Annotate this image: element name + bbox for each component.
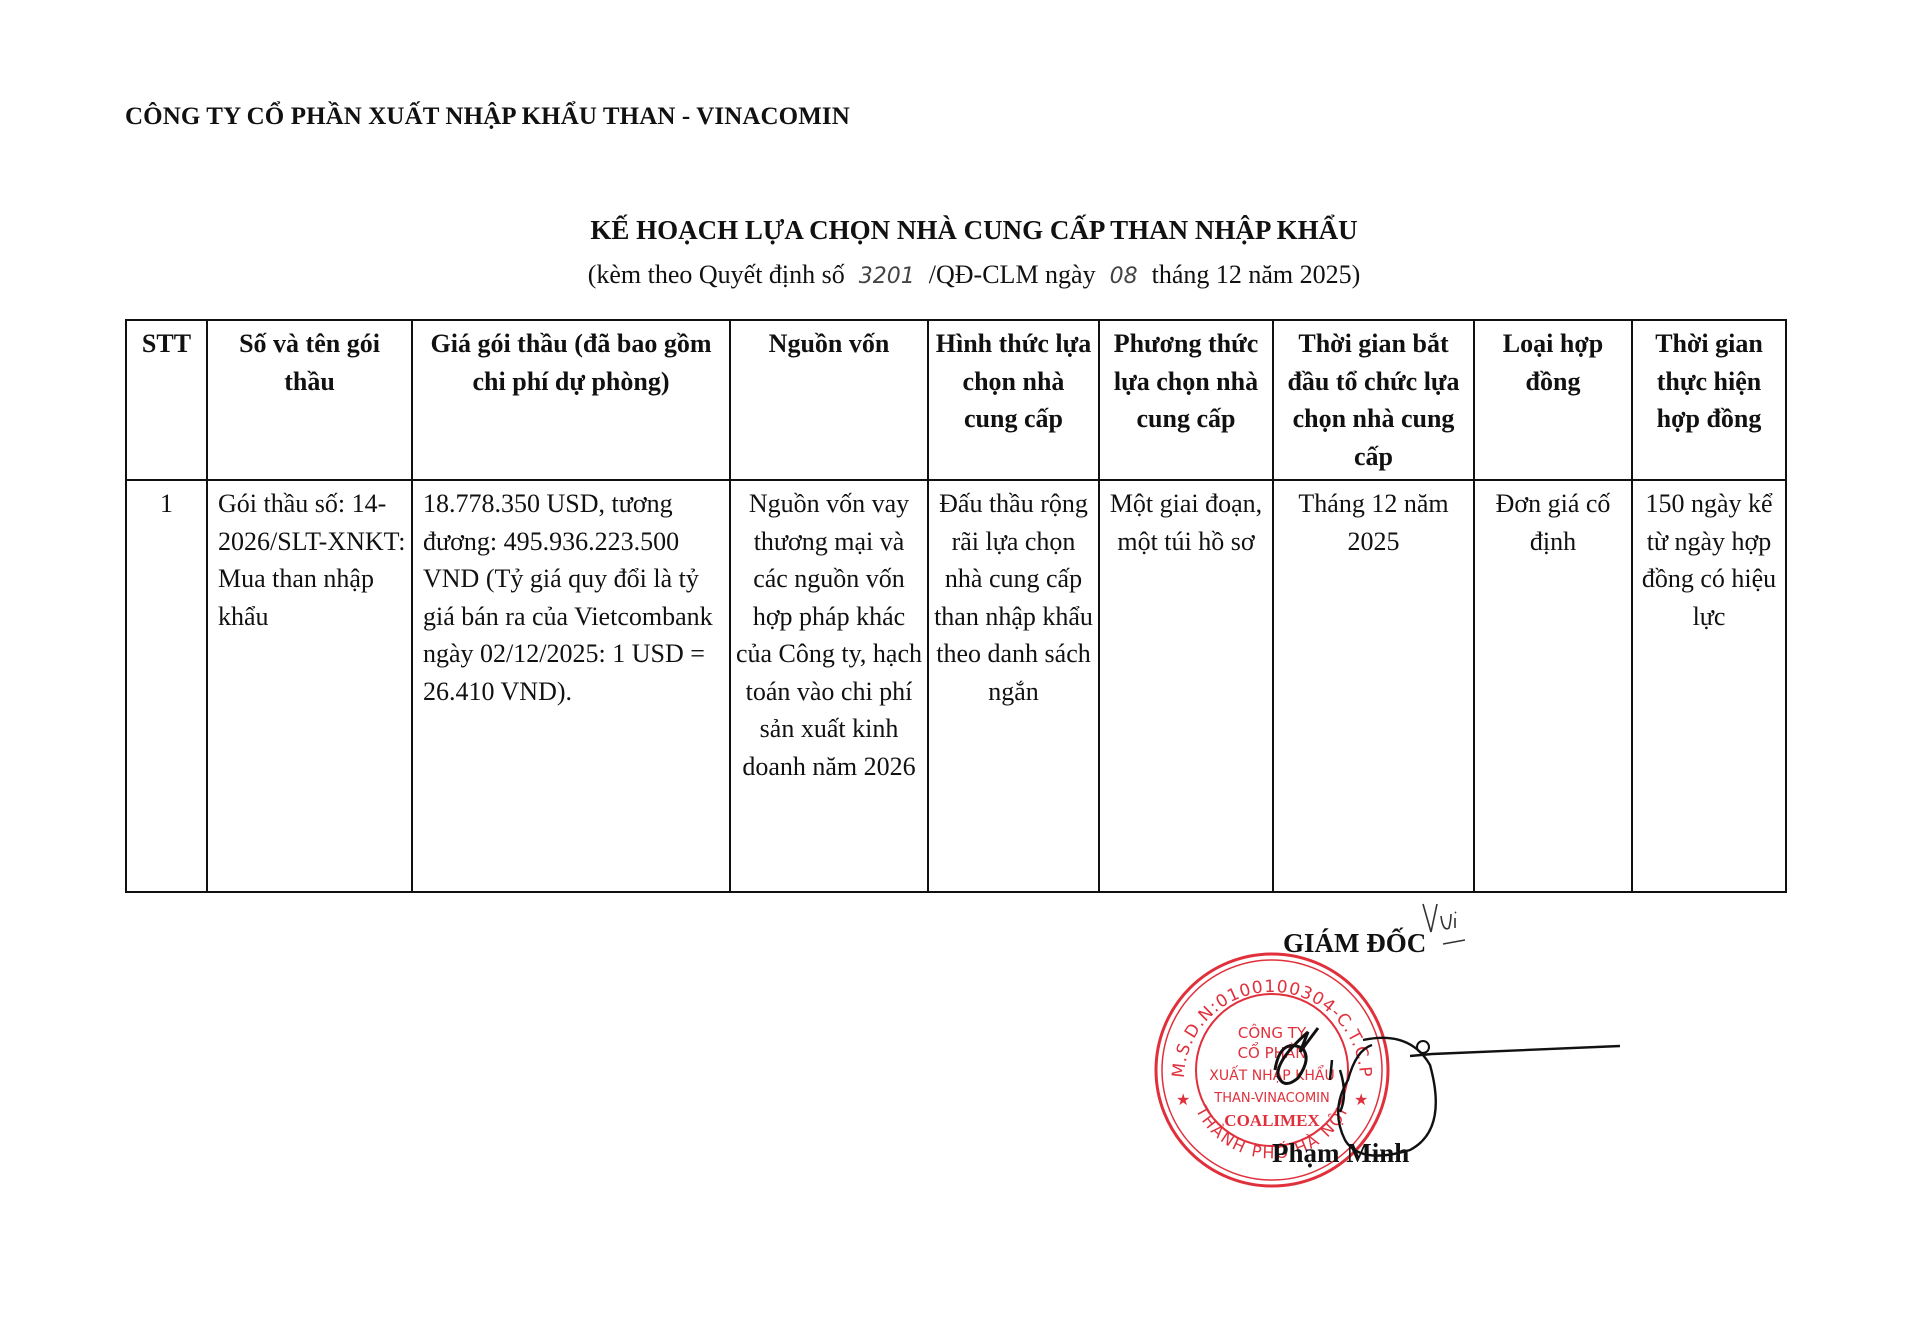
cell-funding: Nguồn vốn vay thương mại và các nguồn vố… bbox=[730, 480, 928, 892]
subtitle-suffix: tháng 12 năm 2025) bbox=[1152, 260, 1361, 289]
table-header-row: STT Số và tên gói thầu Giá gói thầu (đã … bbox=[126, 320, 1786, 480]
decision-number: 3201 bbox=[845, 264, 929, 289]
cell-selection-method: Một giai đoạn, một túi hồ sơ bbox=[1099, 480, 1273, 892]
header-selection-form: Hình thức lựa chọn nhà cung cấp bbox=[928, 320, 1099, 480]
header-selection-method: Phương thức lựa chọn nhà cung cấp bbox=[1099, 320, 1273, 480]
header-stt: STT bbox=[126, 320, 207, 480]
cell-contract-type: Đơn giá cố định bbox=[1474, 480, 1632, 892]
cell-stt: 1 bbox=[126, 480, 207, 892]
cell-selection-form: Đấu thầu rộng rãi lựa chọn nhà cung cấp … bbox=[928, 480, 1099, 892]
subtitle-prefix: (kèm theo Quyết định số bbox=[588, 260, 845, 289]
document-subtitle: (kèm theo Quyết định số3201/QĐ-CLM ngày0… bbox=[0, 260, 1920, 290]
cell-price: 18.778.350 USD, tương đương: 495.936.223… bbox=[412, 480, 730, 892]
cell-start-time: Tháng 12 năm 2025 bbox=[1273, 480, 1474, 892]
decision-day: 08 bbox=[1096, 264, 1152, 289]
signature-block: GIÁM ĐỐC M.S.D.N:0100100304-C.T.C.P THÀN… bbox=[1180, 920, 1680, 1220]
header-contract-type: Loại hợp đồng bbox=[1474, 320, 1632, 480]
header-price: Giá gói thầu (đã bao gồm chi phí dự phòn… bbox=[412, 320, 730, 480]
subtitle-mid: /QĐ-CLM ngày bbox=[929, 260, 1096, 289]
header-package: Số và tên gói thầu bbox=[207, 320, 412, 480]
header-duration: Thời gian thực hiện hợp đồng bbox=[1632, 320, 1786, 480]
signature-icon bbox=[1180, 920, 1680, 1220]
header-funding: Nguồn vốn bbox=[730, 320, 928, 480]
document-title: KẾ HOẠCH LỰA CHỌN NHÀ CUNG CẤP THAN NHẬP… bbox=[0, 215, 1920, 246]
table-row: 1 Gói thầu số: 14-2026/SLT-XNKT: Mua tha… bbox=[126, 480, 1786, 892]
procurement-plan-table: STT Số và tên gói thầu Giá gói thầu (đã … bbox=[125, 319, 1787, 893]
company-name: CÔNG TY CỔ PHẦN XUẤT NHẬP KHẨU THAN - VI… bbox=[125, 103, 850, 131]
cell-duration: 150 ngày kể từ ngày hợp đồng có hiệu lực bbox=[1632, 480, 1786, 892]
cell-package: Gói thầu số: 14-2026/SLT-XNKT: Mua than … bbox=[207, 480, 412, 892]
header-start-time: Thời gian bắt đầu tổ chức lựa chọn nhà c… bbox=[1273, 320, 1474, 480]
